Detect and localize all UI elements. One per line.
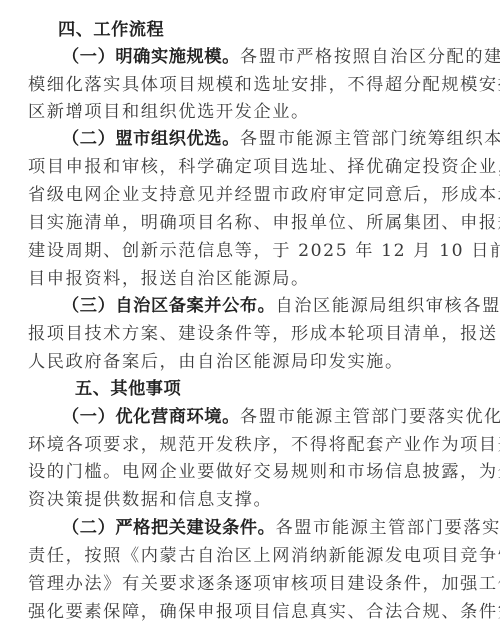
paragraph-line: 项目申报和审核，科学确定项目选址、择优确定投资企业，取得 bbox=[28, 156, 456, 178]
paragraph-line: 区新增项目和组织优选开发企业。 bbox=[28, 101, 310, 123]
paragraph-5-2-first-line: （二）严格把关建设条件。各盟市能源主管部门要落实属地 bbox=[62, 517, 456, 539]
item-label: （二）盟市组织优选。 bbox=[62, 129, 240, 149]
paragraph-line: 环境各项要求，规范开发秩序，不得将配套产业作为项目开发建 bbox=[28, 434, 456, 456]
item-label: （三）自治区备案并公布。 bbox=[62, 296, 275, 316]
item-label: （一）优化营商环境。 bbox=[62, 407, 240, 427]
paragraph-4-2-first-line: （二）盟市组织优选。各盟市能源主管部门统筹组织本地区 bbox=[62, 128, 456, 150]
paragraph-line: 目申报资料，报送自治区能源局。 bbox=[28, 268, 310, 290]
item-label: （一）明确实施规模。 bbox=[62, 47, 240, 67]
section-heading-5: 五、其他事项 bbox=[75, 378, 181, 400]
paragraph-line: 责任，按照《内蒙古自治区上网消纳新能源发电项目竞争性配置 bbox=[28, 545, 456, 567]
paragraph-line: 报项目技术方案、建设条件等，形成本轮项目清单，报送自治区 bbox=[28, 323, 456, 345]
paragraph-line: 建设周期、创新示范信息等，于 2025 年 12 月 10 日前附相关项 bbox=[28, 240, 456, 262]
item-label: （二）严格把关建设条件。 bbox=[62, 518, 275, 538]
paragraph-4-1-first-line: （一）明确实施规模。各盟市严格按照自治区分配的建设规 bbox=[62, 46, 456, 68]
paragraph-line: 设的门槛。电网企业要做好交易规则和市场信息披露，为企业投 bbox=[28, 461, 456, 483]
paragraph-line: 强化要素保障，确保申报项目信息真实、合法合规、条件完备。 bbox=[28, 601, 456, 623]
paragraph-4-3-first-line: （三）自治区备案并公布。自治区能源局组织审核各盟市申 bbox=[62, 295, 456, 317]
section-heading-4: 四、工作流程 bbox=[58, 19, 164, 41]
paragraph-5-1-first-line: （一）优化营商环境。各盟市能源主管部门要落实优化营商 bbox=[62, 406, 456, 428]
paragraph-line: 省级电网企业支持意见并经盟市政府审定同意后，形成本地区项 bbox=[28, 184, 456, 206]
paragraph-line: 管理办法》有关要求逐条逐项审核项目建设条件，加强工作协调、 bbox=[28, 573, 456, 595]
paragraph-line: 目实施清单，明确项目名称、申报单位、所属集团、申报规模、 bbox=[28, 212, 456, 234]
paragraph-line: 模细化落实具体项目规模和选址安排，不得超分配规模安排本地 bbox=[28, 74, 456, 96]
paragraph-line: 资决策提供数据和信息支撑。 bbox=[28, 489, 272, 511]
paragraph-line: 人民政府备案后，由自治区能源局印发实施。 bbox=[28, 351, 404, 373]
